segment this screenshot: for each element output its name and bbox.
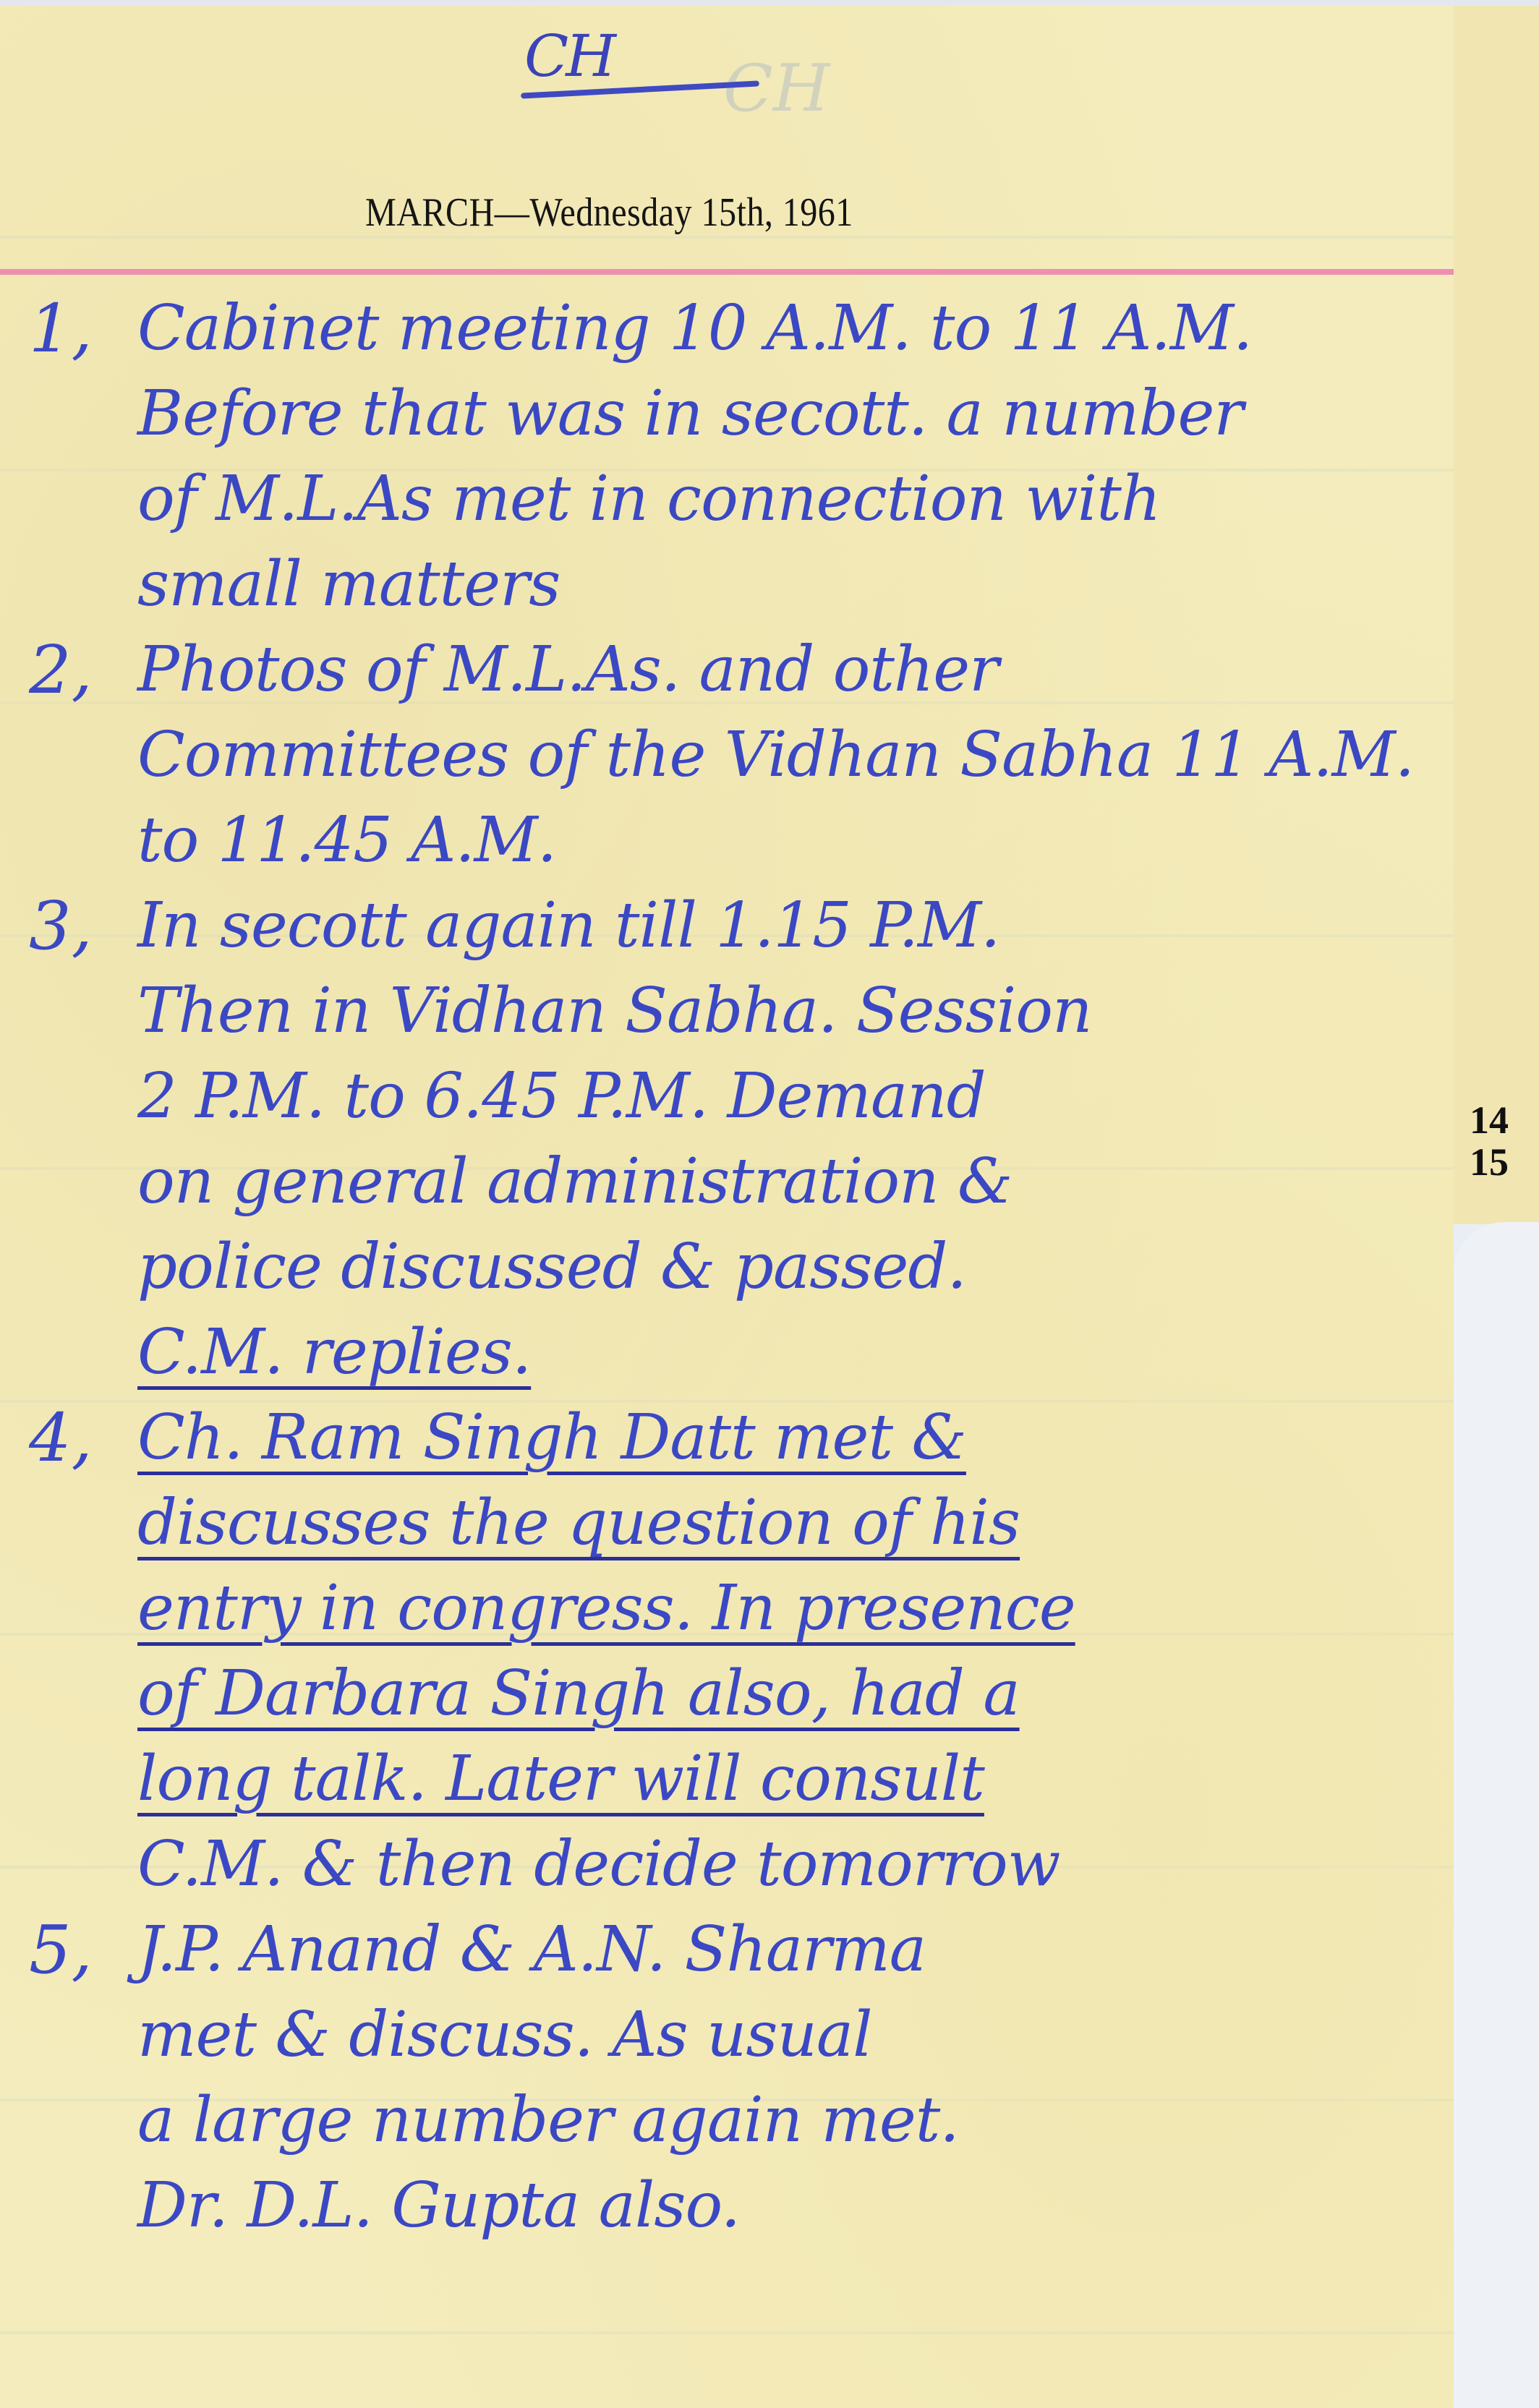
entry-number: 1,	[29, 290, 93, 367]
entry-line: of M.L.As met in connection with	[137, 456, 1446, 542]
diary-entry-3: 3, In secott again till 1.15 P.M. Then i…	[29, 883, 1446, 1395]
diary-entry-5: 5, J.P. Anand & A.N. Sharma met & discus…	[29, 1907, 1446, 2248]
entry-line: on general administration &	[137, 1139, 1446, 1224]
entry-number: 3,	[29, 887, 93, 965]
page-index-prev: 14	[1470, 1099, 1509, 1141]
entry-line: Committees of the Vidhan Sabha 11 A.M.	[137, 712, 1446, 798]
entry-line-underlined: discusses the question of his	[137, 1480, 1446, 1566]
entry-line-underlined: Ch. Ram Singh Datt met &	[137, 1395, 1446, 1480]
entry-line: police discussed & passed.	[137, 1224, 1446, 1310]
entry-line: J.P. Anand & A.N. Sharma	[137, 1907, 1446, 1992]
diary-entry-4: 4, Ch. Ram Singh Datt met & discusses th…	[29, 1395, 1446, 1907]
diary-entries: 1, Cabinet meeting 10 A.M. to 11 A.M. Be…	[29, 286, 1446, 2248]
reference-code: CH	[524, 27, 613, 85]
entry-line: Then in Vidhan Sabha. Session	[137, 968, 1446, 1054]
entry-line-underlined: entry in congress. In presence	[137, 1566, 1446, 1651]
entry-line: Photos of M.L.As. and other	[137, 627, 1446, 712]
entry-line: to 11.45 A.M.	[137, 798, 1446, 883]
tab-cutout	[1454, 1222, 1539, 2408]
page-index-current: 15	[1470, 1141, 1509, 1183]
entry-number: 2,	[29, 631, 93, 709]
entry-line: In secott again till 1.15 P.M.	[137, 883, 1446, 968]
entry-line: C.M. & then decide tomorrow	[137, 1822, 1446, 1907]
page-date-heading: MARCH—Wednesday 15th, 1961	[365, 189, 853, 236]
entry-line: Dr. D.L. Gupta also.	[137, 2163, 1446, 2248]
entry-number: 4,	[29, 1399, 93, 1477]
index-tab	[1454, 6, 1539, 1224]
page-index-tab-numbers: 14 15	[1470, 1099, 1509, 1183]
entry-line: small matters	[137, 542, 1446, 627]
diary-entry-2: 2, Photos of M.L.As. and other Committee…	[29, 627, 1446, 883]
entry-line-underlined: C.M. replies.	[137, 1310, 1446, 1395]
entry-line-underlined: long talk. Later will consult	[137, 1736, 1446, 1822]
entry-line-underlined: of Darbara Singh also, had a	[137, 1651, 1446, 1736]
entry-line: 2 P.M. to 6.45 P.M. Demand	[137, 1054, 1446, 1139]
bleed-through-mark: CH	[723, 51, 830, 127]
diary-entry-1: 1, Cabinet meeting 10 A.M. to 11 A.M. Be…	[29, 286, 1446, 627]
entry-line: met & discuss. As usual	[137, 1992, 1446, 2078]
entry-line: a large number again met.	[137, 2078, 1446, 2163]
entry-line: Before that was in secott. a number	[137, 371, 1446, 456]
entry-line: Cabinet meeting 10 A.M. to 11 A.M.	[137, 286, 1446, 371]
header-rule	[0, 269, 1454, 275]
entry-number: 5,	[29, 1911, 93, 1989]
